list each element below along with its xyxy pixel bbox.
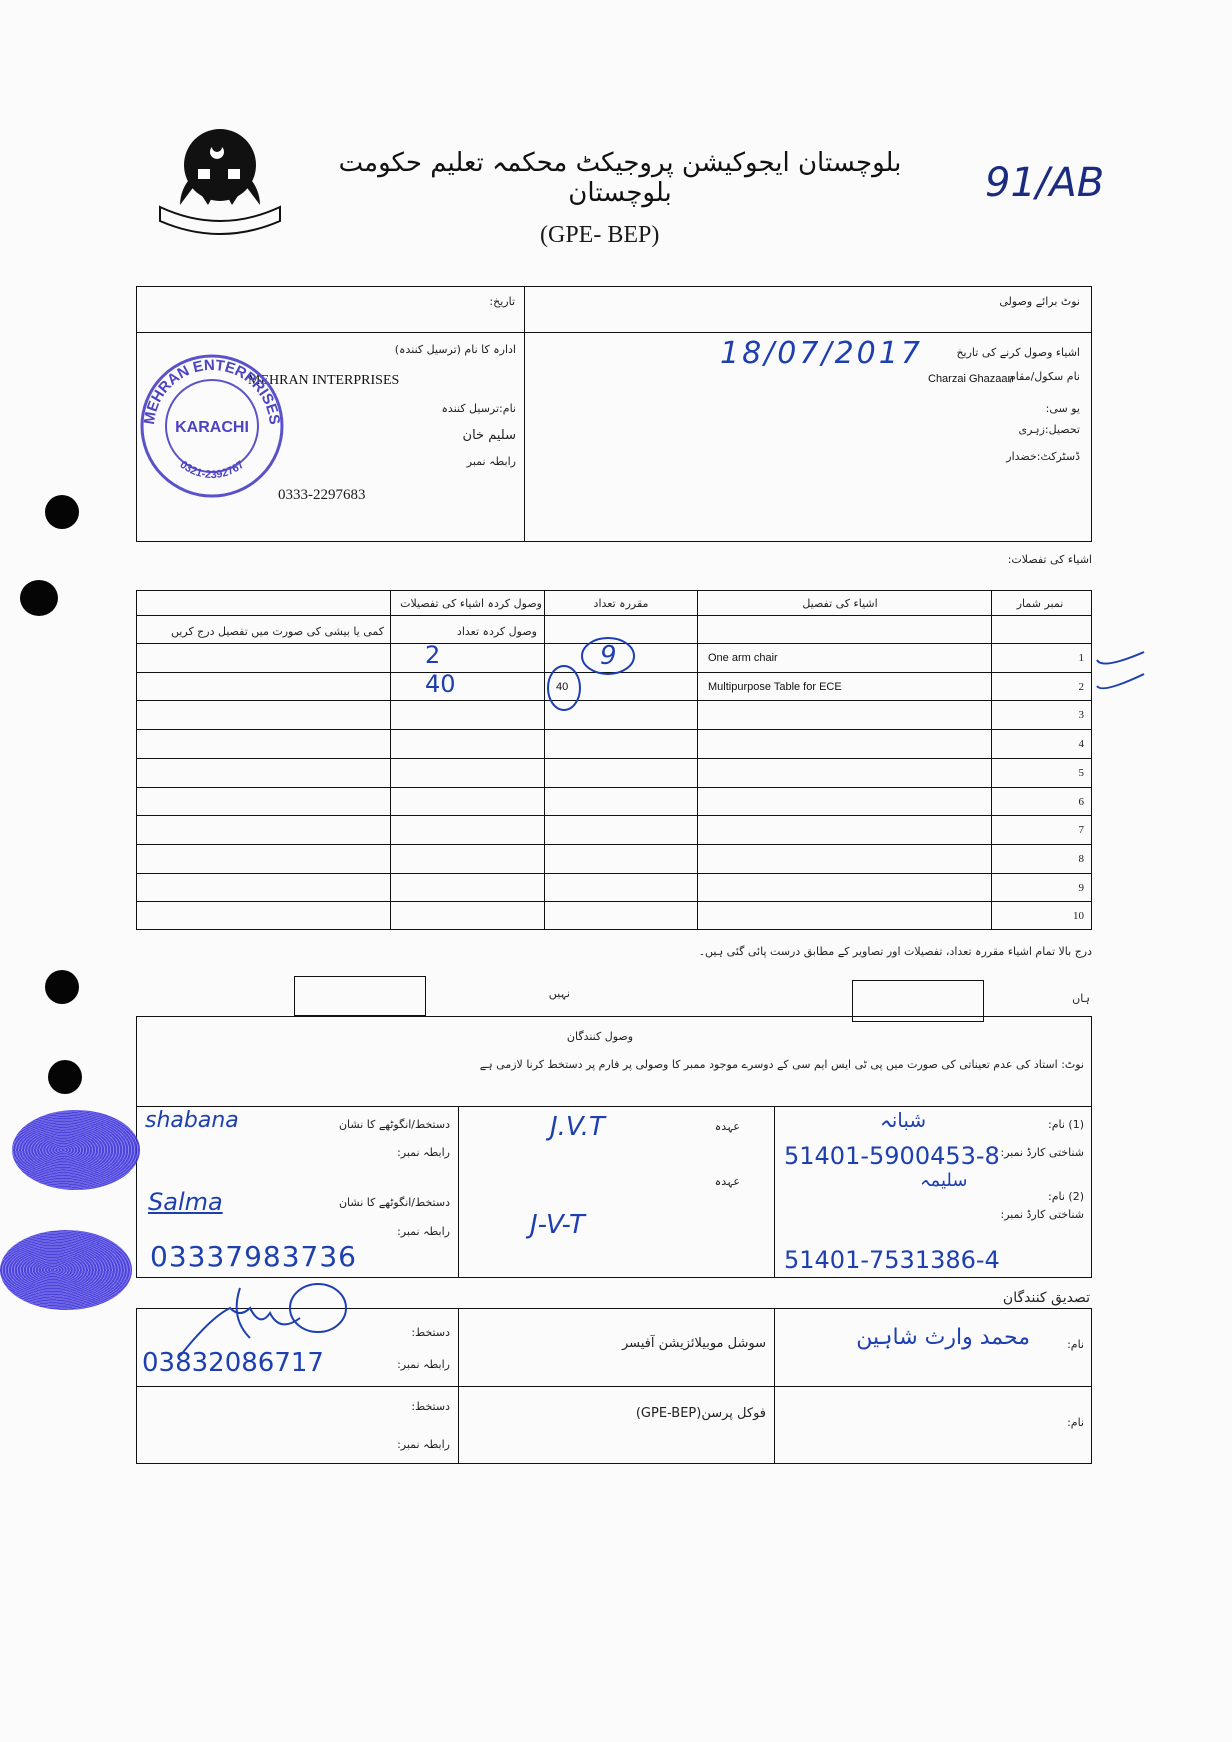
receiver2-name: سلیمہ [920, 1170, 967, 1191]
receiver2-cnic: 51401-7531386-4 [784, 1246, 1000, 1274]
receiver1-contact-label: رابطہ نمبر: [340, 1146, 450, 1159]
school-name: Charzai Ghazaan [928, 373, 1014, 385]
row-item: One arm chair [708, 652, 988, 664]
receiver2-signature-label: دستخط/انگوٹھے کا نشان [330, 1196, 450, 1209]
yes-label: ہاں [1060, 992, 1090, 1005]
note-label: نوٹ برائے وصولی [880, 295, 1080, 308]
designation2-label: عہدہ [700, 1175, 740, 1188]
punch-hole [45, 495, 79, 529]
header-title: بلوچستان ایجوکیشن پروجیکٹ محکمہ تعلیم حک… [330, 148, 910, 208]
header-received-qty: وصول کردہ تعداد [392, 625, 537, 638]
receivers-note: نوٹ: استاد کی عدم تعیناتی کی صورت میں پی… [300, 1058, 1084, 1071]
circle-annotations [540, 632, 650, 712]
date-label: تاریخ: [460, 295, 515, 308]
check-marks [1094, 648, 1154, 698]
stamp-top-text: MEHRAN ENTERPRISES [141, 357, 283, 426]
designation2: J-V-T [530, 1210, 585, 1240]
verifier2-name-label: نام: [1040, 1416, 1084, 1429]
row-serial: 2 [996, 681, 1084, 693]
receipt-date-label: اشیاء وصول کرنے کی تاریخ [900, 346, 1080, 359]
confirmation-text: درج بالا تمام اشیاء مقررہ تعداد، تفصیلات… [600, 945, 1092, 958]
thumbprint [12, 1110, 140, 1190]
punch-hole [20, 580, 58, 616]
supplier-name-label: نام:ترسیل کنندہ [380, 402, 516, 415]
verifier1-name: محمد وارث شاہین [780, 1325, 1030, 1350]
designation1: J.V.T [550, 1112, 605, 1142]
row-serial: 1 [996, 652, 1084, 664]
receiver2-cnic-label: شناختی کارڈ نمبر: [990, 1208, 1084, 1221]
row-serial: 4 [996, 738, 1084, 750]
row-serial: 3 [996, 709, 1084, 721]
receivers-title: وصول کنندگان [500, 1030, 700, 1043]
contact-number: 0333-2297683 [278, 487, 366, 504]
verifier1-signature-label: دستخط: [360, 1326, 450, 1339]
row-received-qty: 40 [425, 670, 456, 698]
row-item: Multipurpose Table for ECE [708, 681, 988, 693]
row-received-qty: 2 [425, 641, 440, 669]
row-serial: 6 [996, 796, 1084, 808]
thumbprint [0, 1230, 132, 1310]
row-serial: 7 [996, 824, 1084, 836]
district-label: ڈسٹرکٹ:خضدار [960, 450, 1080, 463]
punch-hole [48, 1060, 82, 1094]
verifier1-name-label: نام: [1040, 1338, 1084, 1351]
items-section-label: اشیاء کی تفصلات: [960, 553, 1092, 566]
svg-text:0321-2392767: 0321-2392767 [177, 459, 246, 481]
company-stamp: MEHRAN ENTERPRISES 0321-2392767 KARACHI [136, 350, 288, 500]
receiver1-signature: shabana [145, 1108, 239, 1133]
receiver2-contact-label: رابطہ نمبر: [340, 1225, 450, 1238]
header-shortage: کمی یا بیشی کی صورت میں تفصیل درج کریں [140, 625, 384, 638]
handwritten-reference: 91/AB [985, 160, 1104, 206]
punch-hole [45, 970, 79, 1004]
verifier2-signature-label: دستخط: [360, 1400, 450, 1413]
receiver1-signature-label: دستخط/انگوٹھے کا نشان [330, 1118, 450, 1131]
designation1-label: عہدہ [700, 1120, 740, 1133]
receipt-date: 18/07/2017 [720, 336, 923, 371]
receiver2-name-label: (2) نام: [1020, 1190, 1084, 1203]
contact-label: رابطہ نمبر [380, 455, 516, 468]
header-subtitle: (GPE- BEP) [540, 222, 659, 249]
header-fixed-qty: مقررہ تعداد [546, 597, 696, 610]
row-serial: 10 [996, 910, 1084, 922]
verifier1-contact-label: رابطہ نمبر: [350, 1358, 450, 1371]
verifier2-contact-label: رابطہ نمبر: [350, 1438, 450, 1451]
receiver1-cnic-label: شناختی کارڈ نمبر: [990, 1146, 1084, 1159]
receiver1-name-label: (1) نام: [1020, 1118, 1084, 1131]
receiver2-contact: 03337983736 [150, 1240, 357, 1273]
no-label: نہیں [530, 987, 570, 1000]
row-serial: 9 [996, 882, 1084, 894]
stamp-center-text: KARACHI [175, 419, 249, 436]
supplier-name: سلیم خان [380, 428, 516, 443]
verifier1-role: سوشل موبیلائزیشن آفیسر [480, 1336, 766, 1351]
uc-label: یو سی: [980, 402, 1080, 415]
verifiers-title: تصدیق کنندگان [960, 1290, 1090, 1306]
header-item-detail: اشیاء کی تفصیل [700, 597, 980, 610]
verifier1-contact: 03832086717 [142, 1348, 324, 1378]
tehsil-label: تحصیل:زہری [980, 423, 1080, 436]
no-checkbox[interactable] [294, 976, 426, 1016]
row-serial: 8 [996, 853, 1084, 865]
supplier-org-label: ادارہ کا نام (ترسیل کنندہ) [380, 343, 516, 356]
header-serial: نمبر شمار [995, 597, 1085, 610]
receiver1-cnic: 51401-5900453-8 [784, 1142, 1000, 1170]
receiver2-signature: Salma [148, 1188, 223, 1216]
row-serial: 5 [996, 767, 1084, 779]
logo [150, 125, 290, 235]
svg-text:MEHRAN ENTERPRISES: MEHRAN ENTERPRISES [141, 357, 283, 426]
stamp-bottom-text: 0321-2392767 [177, 459, 246, 481]
receiver1-name: شبانہ [880, 1108, 926, 1132]
verifier2-role: فوکل پرسن(GPE-BEP) [480, 1406, 766, 1421]
header-received-details: وصول کردہ اشیاء کی تفصیلات [392, 597, 542, 610]
